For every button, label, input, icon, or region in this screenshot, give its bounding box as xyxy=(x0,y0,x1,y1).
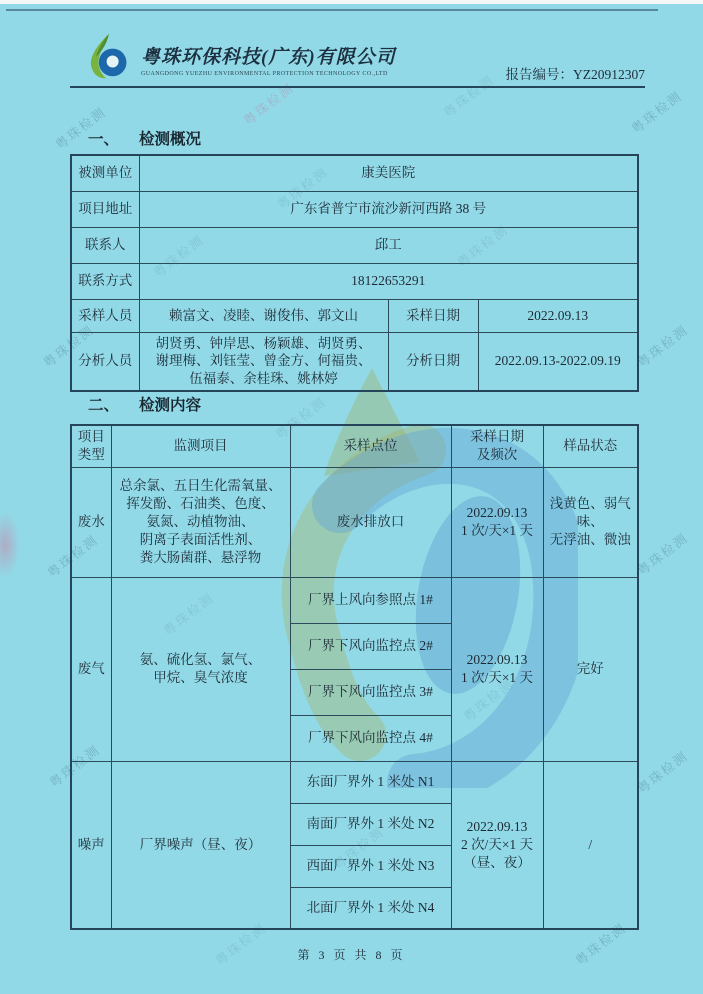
cell-point: 厂界下风向监控点 4# xyxy=(290,715,451,761)
header-divider xyxy=(70,86,645,88)
company-logo-icon xyxy=(84,32,132,80)
cell-point: 厂界下风向监控点 2# xyxy=(290,623,451,669)
section1-heading: 检测概况 xyxy=(139,131,201,148)
diagonal-watermark: 粤珠检测 xyxy=(633,746,692,798)
cell-items: 厂界噪声（昼、夜） xyxy=(111,761,290,929)
page-number: 第 3 页 共 8 页 xyxy=(0,946,703,963)
wastewater-row: 废水 总余氯、五日生化需氧量、 挥发酚、石油类、色度、 氨氮、动植物油、 阴离子… xyxy=(71,467,638,577)
table-row: 采样人员 赖富文、凌睦、谢俊伟、郭文山 采样日期 2022.09.13 xyxy=(71,299,638,332)
cell-status: 完好 xyxy=(543,577,638,761)
diagonal-watermark: 粤珠检测 xyxy=(633,528,692,580)
row-label: 采样人员 xyxy=(71,299,139,332)
row-label: 采样日期 xyxy=(388,299,478,332)
row-value: 邱工 xyxy=(139,227,638,263)
cell-type: 噪声 xyxy=(71,761,111,929)
row-value: 康美医院 xyxy=(139,155,638,191)
cell-point: 南面厂界外 1 米处 N2 xyxy=(290,803,451,845)
table-row: 分析人员 胡贤勇、钟岸思、杨颖雄、胡贤勇、 谢理梅、刘钰莹、曾金方、何福贵、 伍… xyxy=(71,332,638,391)
overview-table: 被测单位 康美医院 项目地址 广东省普宁市流沙新河西路 38 号 联系人 邱工 … xyxy=(70,154,639,392)
noise-row: 噪声 厂界噪声（昼、夜） 东面厂界外 1 米处 N1 2022.09.13 2 … xyxy=(71,761,638,803)
cell-items: 氨、硫化氢、氯气、 甲烷、臭气浓度 xyxy=(111,577,290,761)
row-label: 被测单位 xyxy=(71,155,139,191)
cell-status: 浅黄色、弱气味、 无浮油、微浊 xyxy=(543,467,638,577)
row-value: 胡贤勇、钟岸思、杨颖雄、胡贤勇、 谢理梅、刘钰莹、曾金方、何福贵、 伍福泰、余桂… xyxy=(139,332,388,391)
row-label: 联系人 xyxy=(71,227,139,263)
cell-type: 废水 xyxy=(71,467,111,577)
column-header-point: 采样点位 xyxy=(290,425,451,467)
section2-title: 二、检测内容 xyxy=(88,393,201,415)
row-value: 18122653291 xyxy=(139,263,638,299)
company-name-english: GUANGDONG YUEZHU ENVIRONMENTAL PROTECTIO… xyxy=(141,71,396,77)
report-page: 粤珠检测 粤珠检测 粤珠检测 粤珠检测 粤珠检测 粤珠检测 粤珠检测 粤珠检测 … xyxy=(0,0,703,994)
diagonal-watermark: 粤珠检测 xyxy=(627,86,686,138)
section2-number: 二、 xyxy=(88,397,119,414)
column-header-schedule: 采样日期 及频次 xyxy=(451,425,543,467)
row-value: 2022.09.13-2022.09.19 xyxy=(478,332,638,391)
cell-status: / xyxy=(543,761,638,929)
cell-schedule: 2022.09.13 1 次/天×1 天 xyxy=(451,577,543,761)
section1-title: 一、检测概况 xyxy=(88,127,201,149)
gas-row: 废气 氨、硫化氢、氯气、 甲烷、臭气浓度 厂界上风向参照点 1# 2022.09… xyxy=(71,577,638,623)
cell-type: 废气 xyxy=(71,577,111,761)
cell-point: 废水排放口 xyxy=(290,467,451,577)
cell-point: 北面厂界外 1 米处 N4 xyxy=(290,887,451,929)
cell-schedule: 2022.09.13 1 次/天×1 天 xyxy=(451,467,543,577)
scan-top-line xyxy=(6,9,658,11)
column-header-items: 监测项目 xyxy=(111,425,290,467)
cell-point: 东面厂界外 1 米处 N1 xyxy=(290,761,451,803)
cell-point: 西面厂界外 1 米处 N3 xyxy=(290,845,451,887)
cell-items: 总余氯、五日生化需氧量、 挥发酚、石油类、色度、 氨氮、动植物油、 阴离子表面活… xyxy=(111,467,290,577)
diagonal-watermark: 粤珠检测 xyxy=(439,70,498,122)
row-value: 赖富文、凌睦、谢俊伟、郭文山 xyxy=(139,299,388,332)
row-label: 分析人员 xyxy=(71,332,139,391)
row-value: 2022.09.13 xyxy=(478,299,638,332)
row-label: 联系方式 xyxy=(71,263,139,299)
pink-smudge xyxy=(0,512,20,578)
content-table: 项目 类型 监测项目 采样点位 采样日期 及频次 样品状态 废水 总余氯、五日生… xyxy=(70,424,639,930)
row-label: 项目地址 xyxy=(71,191,139,227)
row-label: 分析日期 xyxy=(388,332,478,391)
table-row: 联系人 邱工 xyxy=(71,227,638,263)
company-name-block: 粤珠环保科技(广东)有限公司 GUANGDONG YUEZHU ENVIRONM… xyxy=(141,42,396,77)
report-number: 报告编号：YZ20912307 xyxy=(506,63,646,83)
cell-point: 厂界上风向参照点 1# xyxy=(290,577,451,623)
table-header-row: 项目 类型 监测项目 采样点位 采样日期 及频次 样品状态 xyxy=(71,425,638,467)
table-row: 联系方式 18122653291 xyxy=(71,263,638,299)
row-value: 广东省普宁市流沙新河西路 38 号 xyxy=(139,191,638,227)
diagonal-watermark: 粤珠检测 xyxy=(633,320,692,372)
company-name: 粤珠环保科技(广东)有限公司 xyxy=(141,42,396,69)
column-header-status: 样品状态 xyxy=(543,425,638,467)
column-header-type: 项目 类型 xyxy=(71,425,111,467)
scan-edge-strip xyxy=(0,0,703,4)
section2-heading: 检测内容 xyxy=(139,397,201,414)
cell-schedule: 2022.09.13 2 次/天×1 天 （昼、夜） xyxy=(451,761,543,929)
cell-point: 厂界下风向监控点 3# xyxy=(290,669,451,715)
section1-number: 一、 xyxy=(88,131,119,148)
table-row: 项目地址 广东省普宁市流沙新河西路 38 号 xyxy=(71,191,638,227)
table-row: 被测单位 康美医院 xyxy=(71,155,638,191)
